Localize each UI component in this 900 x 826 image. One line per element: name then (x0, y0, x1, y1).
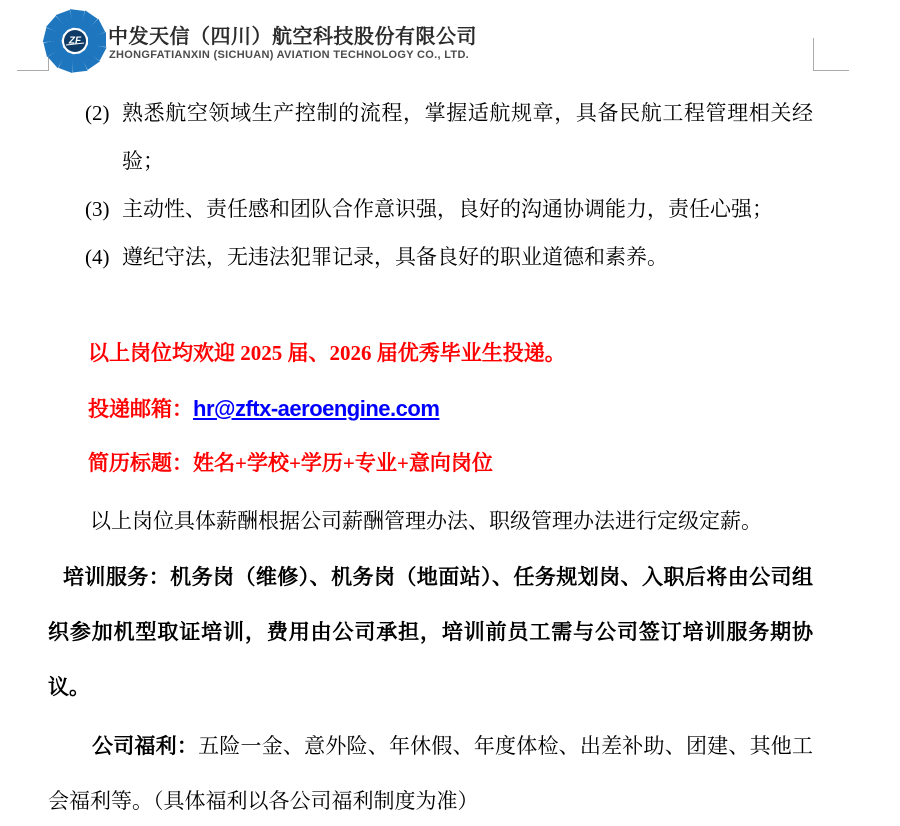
email-line: 投递邮箱：hr@zftx-aeroengine.com (48, 381, 813, 437)
logo-zf-text: ZF (68, 36, 82, 47)
requirement-marker: (2) (85, 89, 110, 137)
company-name-en: ZHONGFATIANXIN (SICHUAN) AVIATION TECHNO… (109, 49, 469, 61)
requirement-item-4: (4) 遵纪守法，无违法犯罪记录，具备良好的职业道德和素养。 (48, 233, 813, 281)
company-welfare-label: 公司福利： (92, 734, 198, 758)
requirement-marker: (3) (85, 185, 110, 233)
salary-note: 以上岗位具体薪酬根据公司薪酬管理办法、职级管理办法进行定级定薪。 (48, 494, 813, 549)
resume-title-line: 简历标题：姓名+学校+学历+专业+意向岗位 (48, 436, 813, 491)
email-label: 投递邮箱： (88, 397, 193, 421)
document-page: ZF 中发天信（四川）航空科技股份有限公司 ZHONGFATIANXIN (SI… (0, 0, 900, 826)
requirement-text: 主动性、责任感和团队合作意识强，良好的沟通协调能力，责任心强； (122, 197, 773, 221)
resume-title-value: 姓名+学校+学历+专业+意向岗位 (193, 451, 493, 475)
company-logo: ZF (42, 8, 108, 74)
welcome-graduates-note: 以上岗位均欢迎 2025 届、2026 届优秀毕业生投递。 (48, 326, 813, 381)
company-name-zh: 中发天信（四川）航空科技股份有限公司 (108, 20, 477, 49)
margin-crop-mark-top-right-horizontal (813, 70, 849, 71)
training-service-label: 培训服务： (63, 565, 170, 589)
training-service-paragraph: 培训服务：机务岗（维修）、机务岗（地面站）、任务规划岗、入职后将由公司组织参加机… (48, 550, 813, 715)
requirement-item-3: (3) 主动性、责任感和团队合作意识强，良好的沟通协调能力，责任心强； (48, 185, 813, 233)
turbine-fan-icon: ZF (42, 8, 108, 74)
requirement-marker: (4) (85, 233, 110, 281)
email-link[interactable]: hr@zftx-aeroengine.com (193, 396, 439, 421)
requirements-list: (2) 熟悉航空领域生产控制的流程，掌握适航规章，具备民航工程管理相关经验； (… (48, 89, 813, 281)
requirement-text: 遵纪守法，无违法犯罪记录，具备良好的职业道德和素养。 (122, 245, 668, 269)
requirement-item-2: (2) 熟悉航空领域生产控制的流程，掌握适航规章，具备民航工程管理相关经验； (48, 89, 813, 185)
requirement-text: 熟悉航空领域生产控制的流程，掌握适航规章，具备民航工程管理相关经验； (122, 101, 813, 173)
resume-title-label: 简历标题： (88, 451, 193, 475)
company-welfare-paragraph: 公司福利：五险一金、意外险、年休假、年度体检、出差补助、团建、其他工会福利等。（… (48, 719, 813, 826)
margin-crop-mark-top-right-vertical (813, 38, 814, 70)
